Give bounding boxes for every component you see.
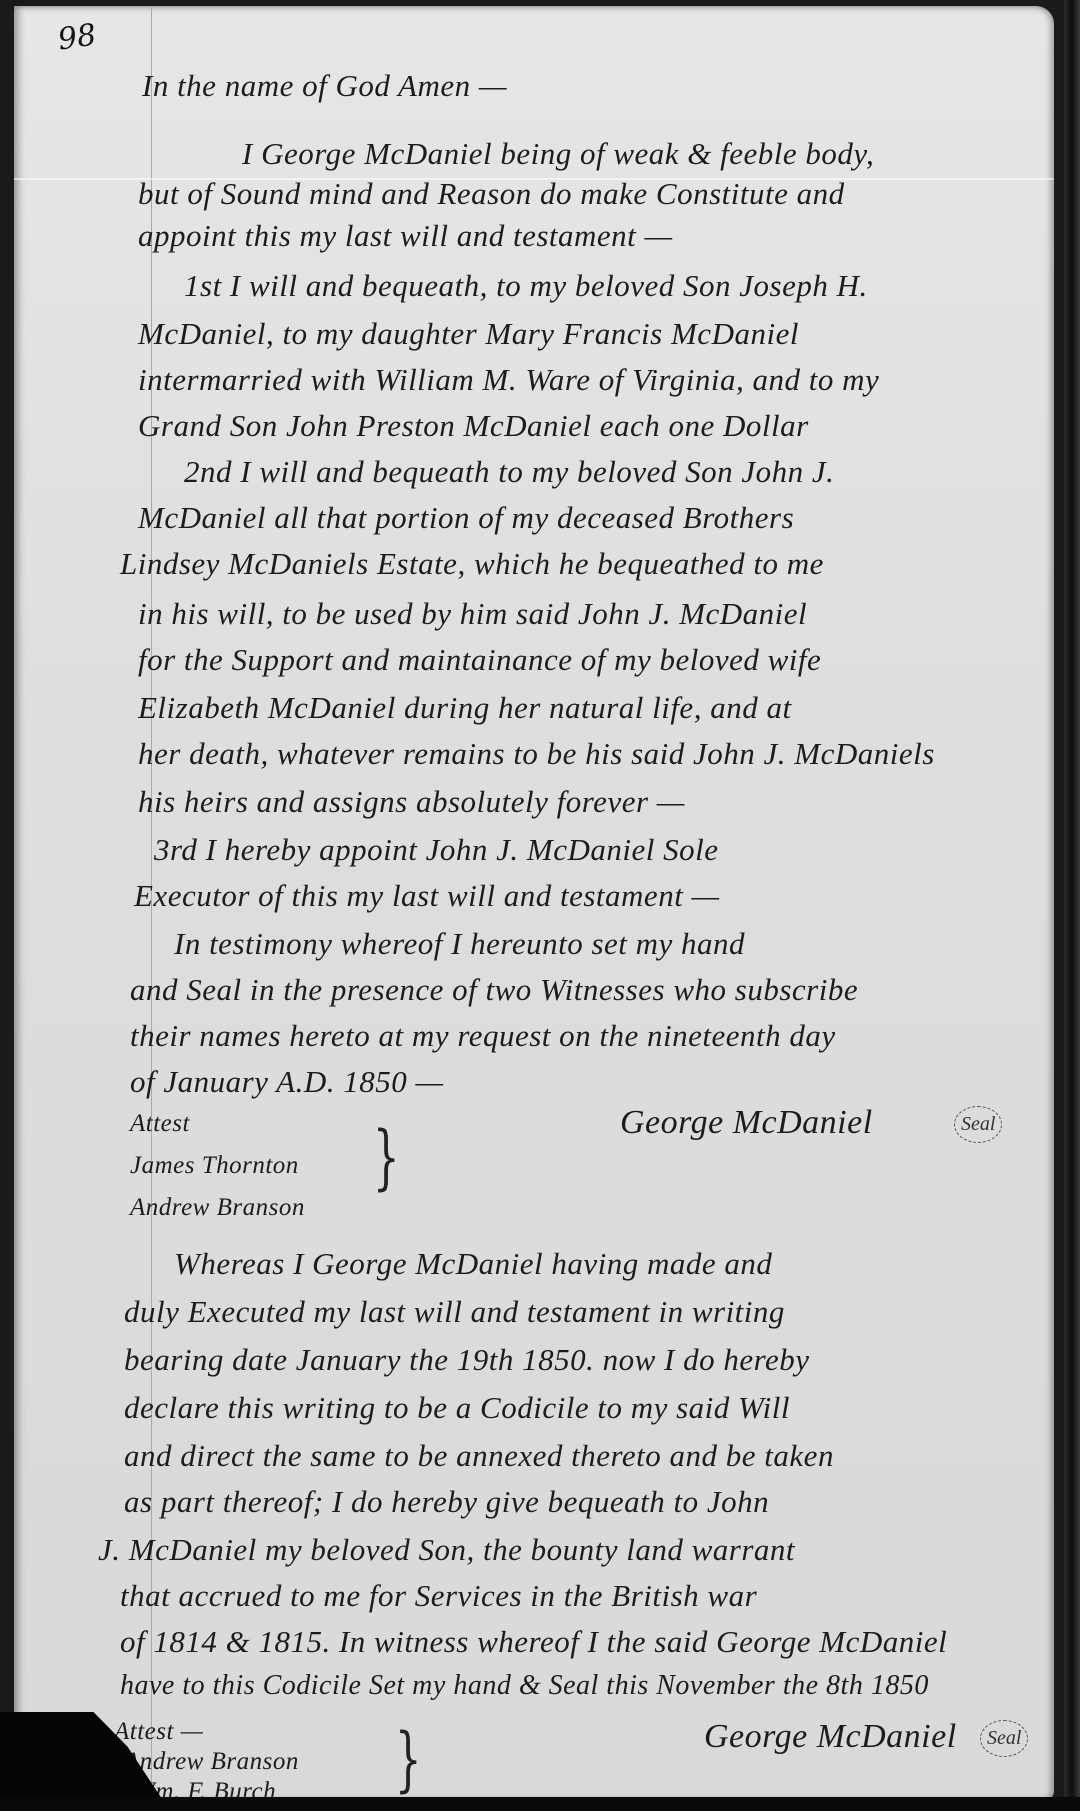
will-line: her death, whatever remains to be his sa… [138,736,935,772]
will-line: of January A.D. 1850 — [130,1064,444,1100]
will-line: I George McDaniel being of weak & feeble… [242,136,874,172]
codicil-line: Whereas I George McDaniel having made an… [174,1246,772,1282]
will-line: 3rd I hereby appoint John J. McDaniel So… [154,832,719,868]
codicil-line: of 1814 & 1815. In witness whereof I the… [120,1624,947,1660]
will-line: In the name of God Amen — [142,68,507,104]
will-line: for the Support and maintainance of my b… [138,642,821,678]
will-line: McDaniel all that portion of my deceased… [138,500,794,536]
codicil-line: declare this writing to be a Codicile to… [124,1390,790,1426]
codicil-line: have to this Codicile Set my hand & Seal… [120,1670,929,1702]
witness-brace: } [373,1116,400,1198]
will-line: and Seal in the presence of two Witnesse… [130,972,858,1008]
will-line: Grand Son John Preston McDaniel each one… [138,408,809,444]
witness-name: Andrew Branson [124,1748,299,1776]
document-page: 98 In the name of God Amen — I George Mc… [14,6,1054,1801]
will-line: Lindsey McDaniels Estate, which he beque… [120,546,824,582]
will-line: his heirs and assigns absolutely forever… [138,784,685,820]
will-line: Executor of this my last will and testam… [134,878,720,914]
seal-mark: Seal [954,1106,1002,1143]
page-number: 98 [56,18,99,58]
codicil-line: J. McDaniel my beloved Son, the bounty l… [98,1532,795,1568]
will-line: appoint this my last will and testament … [138,218,673,254]
codicil-line: bearing date January the 19th 1850. now … [124,1342,810,1378]
testator-signature: George McDaniel [704,1718,957,1756]
testator-signature: George McDaniel [620,1104,873,1142]
attest-label: Attest [130,1110,190,1138]
will-line: 1st I will and bequeath, to my beloved S… [184,268,868,304]
will-line: their names hereto at my request on the … [130,1018,836,1054]
codicil-line: duly Executed my last will and testament… [124,1294,785,1330]
binding-edge [1064,0,1080,1811]
attest-label: Attest — [114,1718,203,1746]
witness-brace: } [395,1718,422,1800]
codicil-line: as part thereof; I do hereby give bequea… [124,1484,769,1520]
codicil-line: and direct the same to be annexed theret… [124,1438,834,1474]
witness-name: Andrew Branson [130,1194,305,1222]
will-line: Elizabeth McDaniel during her natural li… [138,690,792,726]
seal-mark: Seal [980,1720,1028,1757]
will-line: but of Sound mind and Reason do make Con… [138,176,845,212]
codicil-line: that accrued to me for Services in the B… [120,1578,757,1614]
will-line: intermarried with William M. Ware of Vir… [138,362,879,398]
scan-border [0,1797,1080,1811]
will-line: 2nd I will and bequeath to my beloved So… [184,454,834,490]
will-line: McDaniel, to my daughter Mary Francis Mc… [138,316,799,352]
will-line: in his will, to be used by him said John… [138,596,807,632]
witness-name: James Thornton [130,1152,299,1180]
will-line: In testimony whereof I hereunto set my h… [174,926,745,962]
